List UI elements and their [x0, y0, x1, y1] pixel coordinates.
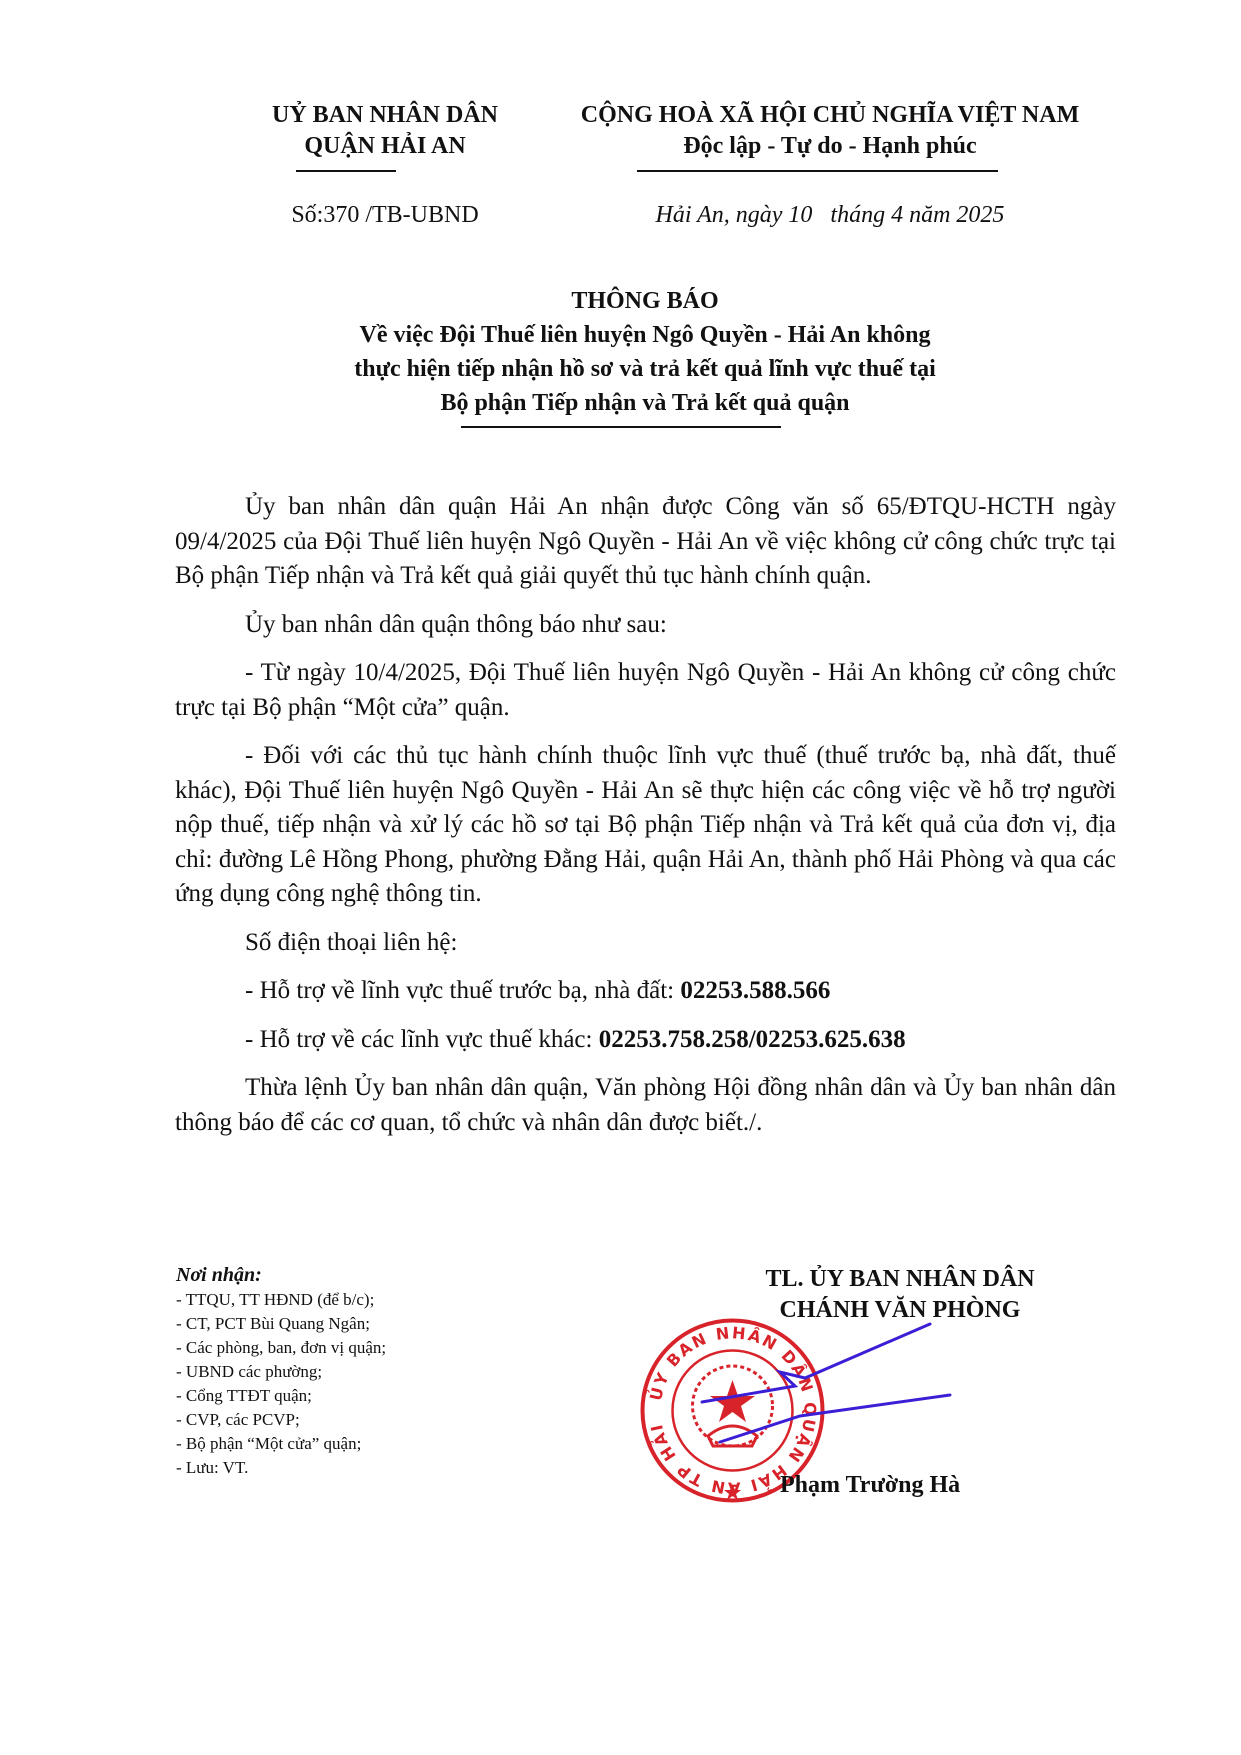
- paragraph-phone-heading: Số điện thoại liên hệ:: [175, 926, 1116, 961]
- org-line-2: QUẬN HẢI AN: [185, 131, 585, 162]
- phone-2-label: - Hỗ trợ về các lĩnh vực thuế khác:: [245, 1026, 599, 1053]
- recipient-item: - Bộ phận “Một cửa” quận;: [176, 1432, 516, 1456]
- org-line-1: UỶ BAN NHÂN DÂN: [185, 100, 585, 131]
- title-underline: [461, 426, 781, 428]
- recipient-item: - CT, PCT Bùi Quang Ngân;: [176, 1312, 516, 1336]
- motto: Độc lập - Tự do - Hạnh phúc: [535, 131, 1125, 162]
- signer-name: Phạm Trường Hà: [780, 1472, 960, 1499]
- phone-line-1: - Hỗ trợ về lĩnh vực thuế trước bạ, nhà …: [175, 974, 1116, 1009]
- paragraph-closing: Thừa lệnh Ủy ban nhân dân quận, Văn phòn…: [175, 1071, 1116, 1140]
- paragraph-item-2: - Đối với các thủ tục hành chính thuộc l…: [175, 739, 1116, 912]
- subject-line-2: thực hiện tiếp nhận hồ sơ và trả kết quả…: [170, 352, 1120, 386]
- recipient-item: - UBND các phường;: [176, 1360, 516, 1384]
- signature-line-1: TL. ỦY BAN NHÂN DÂN: [700, 1264, 1100, 1295]
- subject-line-1: Về việc Đội Thuế liên huyện Ngô Quyền - …: [170, 318, 1120, 352]
- issuing-org: UỶ BAN NHÂN DÂN QUẬN HẢI AN: [185, 100, 585, 162]
- phone-1-number: 02253.588.566: [680, 977, 830, 1004]
- recipients-list: Nơi nhận: - TTQU, TT HĐND (để b/c); - CT…: [176, 1262, 516, 1480]
- recipient-item: - Các phòng, ban, đơn vị quận;: [176, 1336, 516, 1360]
- place-date: Hải An, ngày 10 tháng 4 năm 2025: [535, 202, 1125, 229]
- nation-name: CỘNG HOÀ XÃ HỘI CHỦ NGHĨA VIỆT NAM: [535, 100, 1125, 131]
- phone-2-number: 02253.758.258/02253.625.638: [599, 1026, 906, 1053]
- recipient-item: - TTQU, TT HĐND (để b/c);: [176, 1288, 516, 1312]
- recipient-item: - Cổng TTĐT quận;: [176, 1384, 516, 1408]
- title-heading: THÔNG BÁO: [170, 284, 1120, 318]
- signature-title: TL. ỦY BAN NHÂN DÂN CHÁNH VĂN PHÒNG: [700, 1264, 1100, 1326]
- paragraph-intro: Ủy ban nhân dân quận Hải An nhận được Cô…: [175, 490, 1116, 594]
- document-title: THÔNG BÁO Về việc Đội Thuế liên huyện Ng…: [170, 284, 1120, 420]
- org-underline: [296, 170, 396, 172]
- phone-line-2: - Hỗ trợ về các lĩnh vực thuế khác: 0225…: [175, 1023, 1116, 1058]
- document-body: Ủy ban nhân dân quận Hải An nhận được Cô…: [175, 490, 1116, 1154]
- recipient-item: - Lưu: VT.: [176, 1456, 516, 1480]
- phone-1-label: - Hỗ trợ về lĩnh vực thuế trước bạ, nhà …: [245, 977, 680, 1004]
- motto-underline: [637, 170, 998, 172]
- national-header: CỘNG HOÀ XÃ HỘI CHỦ NGHĨA VIỆT NAM Độc l…: [535, 100, 1125, 162]
- handwritten-signature-icon: [700, 1320, 1060, 1460]
- paragraph-announce: Ủy ban nhân dân quận thông báo như sau:: [175, 608, 1116, 643]
- recipients-label: Nơi nhận:: [176, 1262, 516, 1288]
- recipient-item: - CVP, các PCVP;: [176, 1408, 516, 1432]
- document-number: Số:370 /TB-UBND: [185, 202, 585, 229]
- subject-line-3: Bộ phận Tiếp nhận và Trả kết quả quận: [170, 386, 1120, 420]
- paragraph-item-1: - Từ ngày 10/4/2025, Đội Thuế liên huyện…: [175, 656, 1116, 725]
